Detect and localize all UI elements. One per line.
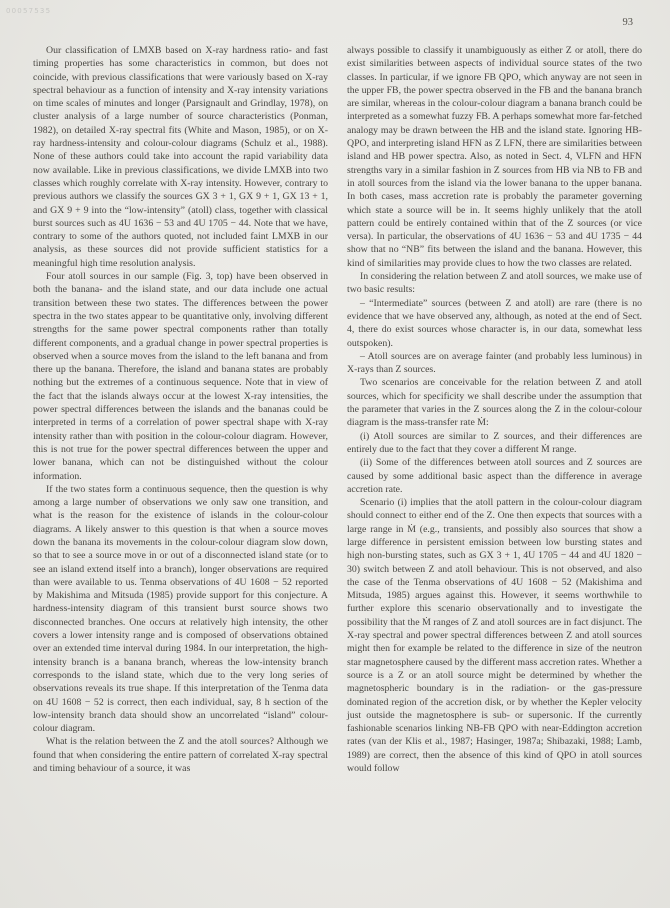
left-column: Our classification of LMXB based on X-ra… [33, 44, 328, 775]
list-item-intermediate-sources: – “Intermediate” sources (between Z and … [347, 297, 642, 350]
paragraph-classification: Our classification of LMXB based on X-ra… [33, 44, 328, 270]
paragraph-two-basic-results: In considering the relation between Z an… [347, 270, 642, 297]
paragraph-two-scenarios: Two scenarios are conceivable for the re… [347, 376, 642, 429]
paper-page: 00057535 93 Our classification of LMXB b… [0, 0, 670, 908]
page-number: 93 [623, 17, 634, 28]
right-column: always possible to classify it unambiguo… [347, 44, 642, 775]
paragraph-scenario-i-implications: Scenario (i) implies that the atoll patt… [347, 496, 642, 775]
paragraph-z-atoll-relation-question: What is the relation between the Z and t… [33, 735, 328, 775]
paragraph-continuation-similarities: always possible to classify it unambiguo… [347, 44, 642, 270]
paragraph-continuous-sequence: If the two states form a continuous sequ… [33, 483, 328, 736]
list-item-scenario-ii: (ii) Some of the differences between ato… [347, 456, 642, 496]
text-columns: Our classification of LMXB based on X-ra… [33, 44, 642, 775]
scan-artifact-number: 00057535 [6, 7, 51, 15]
paragraph-atoll-sources: Four atoll sources in our sample (Fig. 3… [33, 270, 328, 483]
list-item-scenario-i: (i) Atoll sources are similar to Z sourc… [347, 430, 642, 457]
list-item-atoll-fainter: – Atoll sources are on average fainter (… [347, 350, 642, 377]
